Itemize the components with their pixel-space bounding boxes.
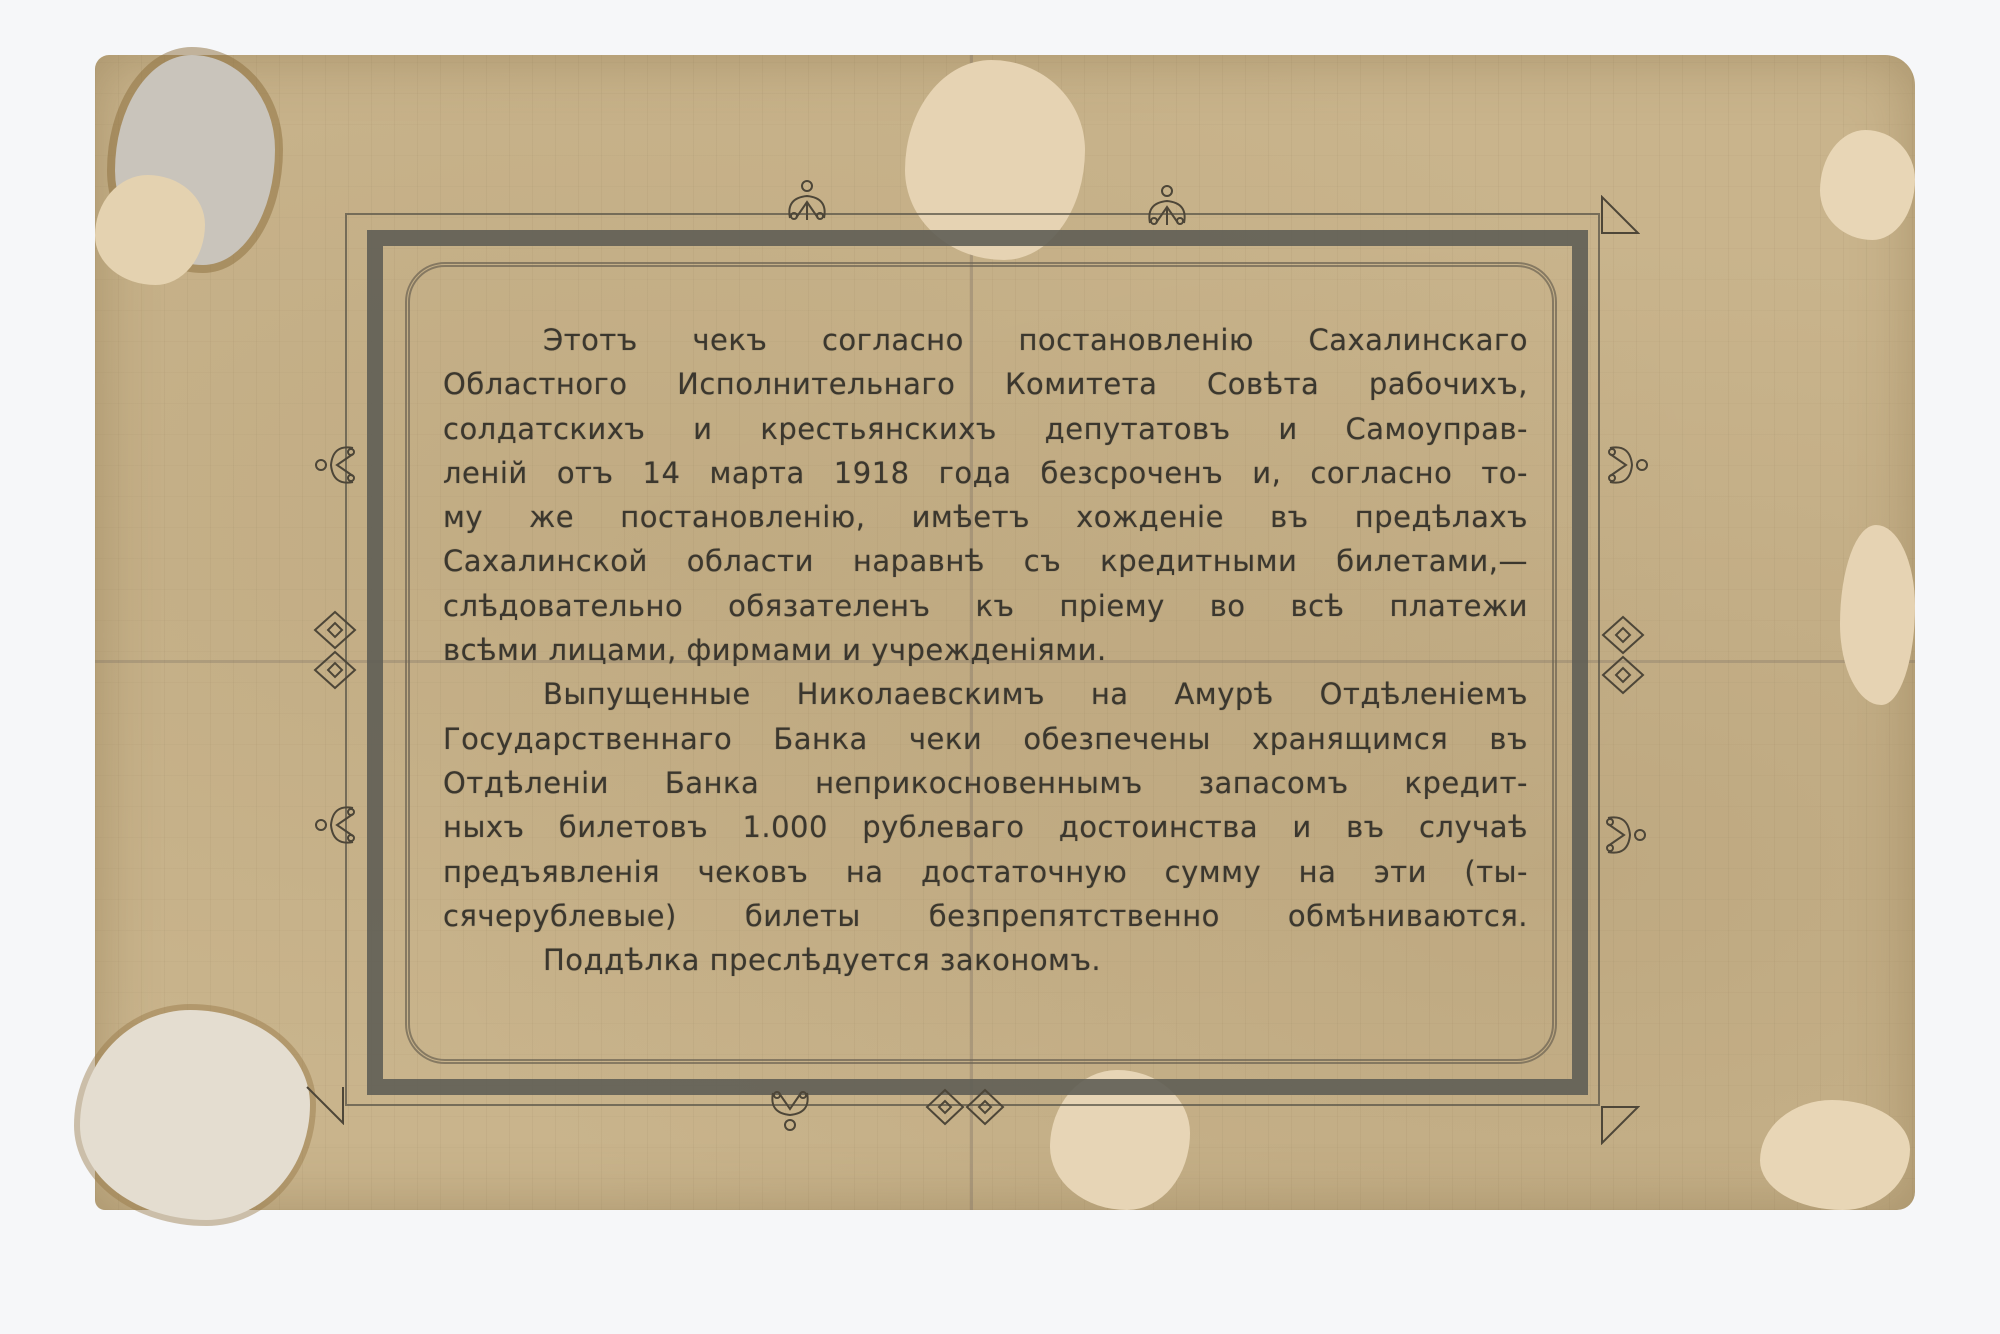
knot-diamond-icon: [1598, 615, 1648, 695]
paragraph-1-line-5: му же постановленію, имѣетъ хожденіе въ …: [443, 495, 1528, 539]
paragraph-1-line-4: леній отъ 14 марта 1918 года безсроченъ …: [443, 451, 1528, 495]
fleuron-icon: [1598, 810, 1648, 860]
fleuron-icon: [782, 178, 832, 228]
paragraph-2-line-6: сячерублевые) билеты безпрепятственно об…: [443, 894, 1528, 938]
paper-damage-top-left-edge: [95, 175, 205, 285]
paragraph-2-line-5: предъявленія чековъ на достаточную сумму…: [443, 850, 1528, 894]
paragraph-3-line-1: Поддѣлка преслѣдуется закономъ.: [443, 938, 1528, 982]
fleuron-icon: [1142, 183, 1192, 233]
knot-diamond-icon: [310, 610, 360, 690]
triangle-corner-icon: [1600, 1105, 1640, 1145]
fleuron-icon: [313, 800, 363, 850]
banknote-text: Этотъ чекъ согласно постановленію Сахали…: [443, 318, 1528, 982]
paper-damage-bottom-left: [80, 1010, 310, 1220]
paragraph-2-line-4: ныхъ билетовъ 1.000 рублеваго достоинств…: [443, 805, 1528, 849]
triangle-corner-icon: [305, 1085, 345, 1125]
fleuron-icon: [765, 1083, 815, 1133]
paragraph-2-line-3: Отдѣленіи Банка неприкосновеннымъ запасо…: [443, 761, 1528, 805]
paragraph-1-line-7: слѣдовательно обязателенъ къ пріему во в…: [443, 584, 1528, 628]
paragraph-1-line-1: Этотъ чекъ согласно постановленію Сахали…: [443, 318, 1528, 362]
knot-diamond-icon: [920, 1085, 1010, 1135]
paragraph-1-line-6: Сахалинской области наравнѣ съ кредитным…: [443, 539, 1528, 583]
paper-damage-right-top: [1820, 130, 1915, 240]
paragraph-1-line-3: солдатскихъ и крестьянскихъ депутатовъ и…: [443, 407, 1528, 451]
fleuron-icon: [313, 440, 363, 490]
paper-damage-right-middle: [1840, 525, 1915, 705]
paper-damage-bottom-right: [1760, 1100, 1910, 1210]
paragraph-2-line-1: Выпущенные Николаевскимъ на Амурѣ Отдѣле…: [443, 672, 1528, 716]
paragraph-2-line-2: Государственнаго Банка чеки обезпечены х…: [443, 717, 1528, 761]
paragraph-1-line-8: всѣми лицами, фирмами и учрежденіями.: [443, 628, 1528, 672]
fleuron-icon: [1600, 440, 1650, 490]
triangle-corner-icon: [1600, 195, 1640, 235]
paragraph-1-line-2: Областного Исполнительнаго Комитета Совѣ…: [443, 362, 1528, 406]
